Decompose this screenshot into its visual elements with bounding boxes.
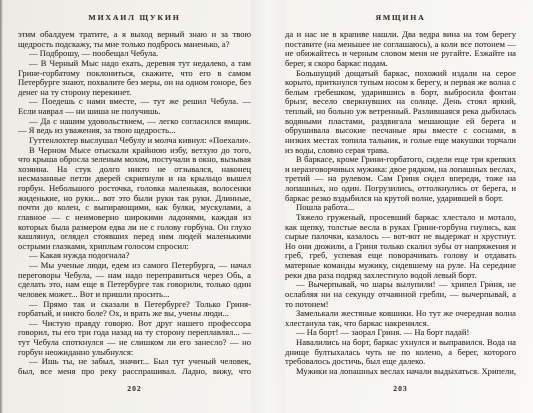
paragraph: — Да с нашим удовольствием, — легко согл… <box>18 117 251 136</box>
page-gutter <box>251 0 285 413</box>
paragraph: — Мы ученые люди, едем из самого Петербу… <box>18 261 251 300</box>
paragraph: Большущий дощатый баркас, похожий издали… <box>285 69 516 156</box>
right-page: ЯМЩИНА да и нас не в крапиве нашли. Два … <box>285 13 516 381</box>
paragraph: Навалились на борт, баркас ухнулся и вып… <box>285 338 516 367</box>
paragraph: — Ишь ты, не забыл, значит... Был тут уч… <box>18 357 251 378</box>
paragraph: В Черном Мысе отыскали крайнюю избу, вет… <box>18 146 251 252</box>
paragraph: Тяжело груженый, просевший баркас хлеста… <box>285 213 516 280</box>
paragraph: — Поедешь с нами вместе, — тут же решил … <box>18 97 251 116</box>
paragraph: — Чистую правду говорю. Вот друг нашего … <box>18 319 251 358</box>
right-page-number: 203 <box>285 384 516 393</box>
left-page: МИХАИЛ ЩУКИН этим обалдуем тратите, а я … <box>18 13 251 381</box>
scan-edge-shadow <box>0 0 3 413</box>
left-page-number: 202 <box>18 384 251 393</box>
right-page-running-header: ЯМЩИНА <box>285 13 516 22</box>
paragraph: да и нас не в крапиве нашли. Два ведра в… <box>285 30 516 69</box>
left-page-running-header: МИХАИЛ ЩУКИН <box>18 13 251 22</box>
paragraph: — В Черный Мыс надо ехать, деревня тут н… <box>18 59 251 98</box>
book-spread-scan: МИХАИЛ ЩУКИН этим обалдуем тратите, а я … <box>0 0 533 413</box>
paragraph: Мужики на лопашных веслах начали выдыхат… <box>285 367 516 378</box>
paragraph: этим обалдуем тратите, а я выход верный … <box>18 30 251 49</box>
paragraph: В баркасе, кроме Грини-горбатого, сидели… <box>285 155 516 203</box>
paragraph: Замелькали жестяные ковшики. Но тут же о… <box>285 309 516 328</box>
left-page-text: этим обалдуем тратите, а я выход верный … <box>18 30 251 378</box>
right-page-text: да и нас не в крапиве нашли. Два ведра в… <box>285 30 516 378</box>
paragraph: — Прямо так и сказали в Петербурге? Толь… <box>18 300 251 319</box>
paragraph: — Вычерпывай, чо шары вылупили! — хрипел… <box>285 280 516 309</box>
